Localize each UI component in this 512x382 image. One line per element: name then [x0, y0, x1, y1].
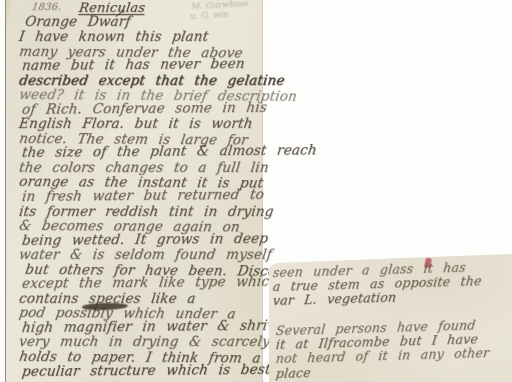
handwriting-line: I have known this plant: [18, 30, 263, 45]
fragment-paragraph-1: seen under a glass it has a true stem as…: [272, 266, 480, 309]
handwriting-line: name but it has never been: [21, 57, 263, 74]
handwriting-line: being wetted. It grows in deep: [21, 232, 263, 249]
handwriting-line: peculiar structure which is best: [21, 362, 263, 379]
handwriting-line: its former reddish tint in drying: [18, 205, 263, 220]
manuscript-fragment: seen under a glass it has a true stem as…: [269, 254, 512, 382]
handwriting-line: water & is seldom found myself: [18, 248, 263, 263]
photograph-of-manuscript: M. Gurwhine u. G. win 1836. Reniculas Or…: [0, 0, 512, 382]
insertion-arrow-icon: ↗: [113, 5, 127, 22]
handwriting-line: very much in drying & scarcely: [18, 335, 263, 350]
handwriting-line: high magnifier in water & shrivels: [21, 319, 263, 336]
handwriting-line: var L. vegetation: [272, 289, 482, 309]
manuscript-main-page: M. Gurwhine u. G. win 1836. Reniculas Or…: [5, 0, 263, 382]
handwritten-body: I have known this plant many years under…: [18, 30, 261, 379]
handwriting-line: of Rich. Confervae some in his: [21, 101, 263, 118]
handwriting-line: described except that the gelatine: [18, 74, 263, 89]
header-year: 1836.: [31, 2, 62, 13]
fragment-paragraph-2: Several persons have found it at Ilfraco…: [275, 324, 488, 381]
handwriting-line: in fresh water but returned to: [21, 188, 263, 205]
pencil-inscription: M. Gurwhine u. G. win: [190, 0, 268, 22]
handwriting-line: the size of the plant & almost reach: [21, 144, 263, 161]
handwriting-line: contains species like a: [18, 292, 263, 307]
pencil-line: u. G. win: [190, 9, 267, 22]
handwriting-line: except the mark like type which: [21, 275, 263, 292]
handwriting-line: English Flora. but it is worth: [18, 117, 263, 132]
